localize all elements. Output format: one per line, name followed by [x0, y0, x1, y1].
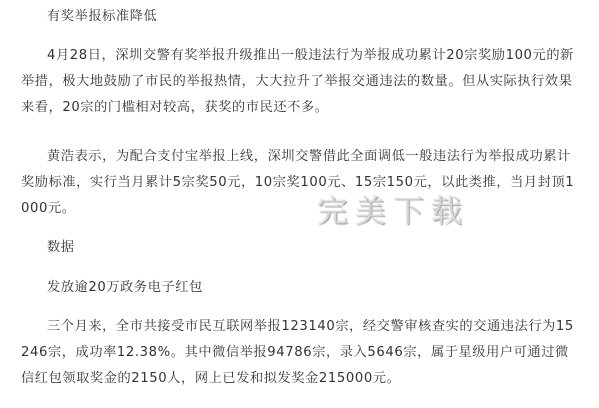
- watermark-logo: 完美下载: [317, 186, 469, 231]
- section-heading-red-envelope: 发放逾20万政务电子红包: [21, 275, 581, 301]
- section-heading-data: 数据: [21, 235, 581, 261]
- paragraph-three-months: 三个月来，全市共接受市民互联网举报123140宗，经交警审核查实的交通违法行为1…: [21, 314, 581, 392]
- section-heading-reward-standard: 有奖举报标准降低: [21, 4, 581, 30]
- paragraph-huang-hao: 黄浩表示，为配合支付宝举报上线，深圳交警借此全面调低一般违法行为举报成功累计奖励…: [21, 144, 581, 222]
- paragraph-april-28: 4月28日，深圳交警有奖举报升级推出一般违法行为举报成功累计20宗奖励100元的…: [21, 43, 581, 121]
